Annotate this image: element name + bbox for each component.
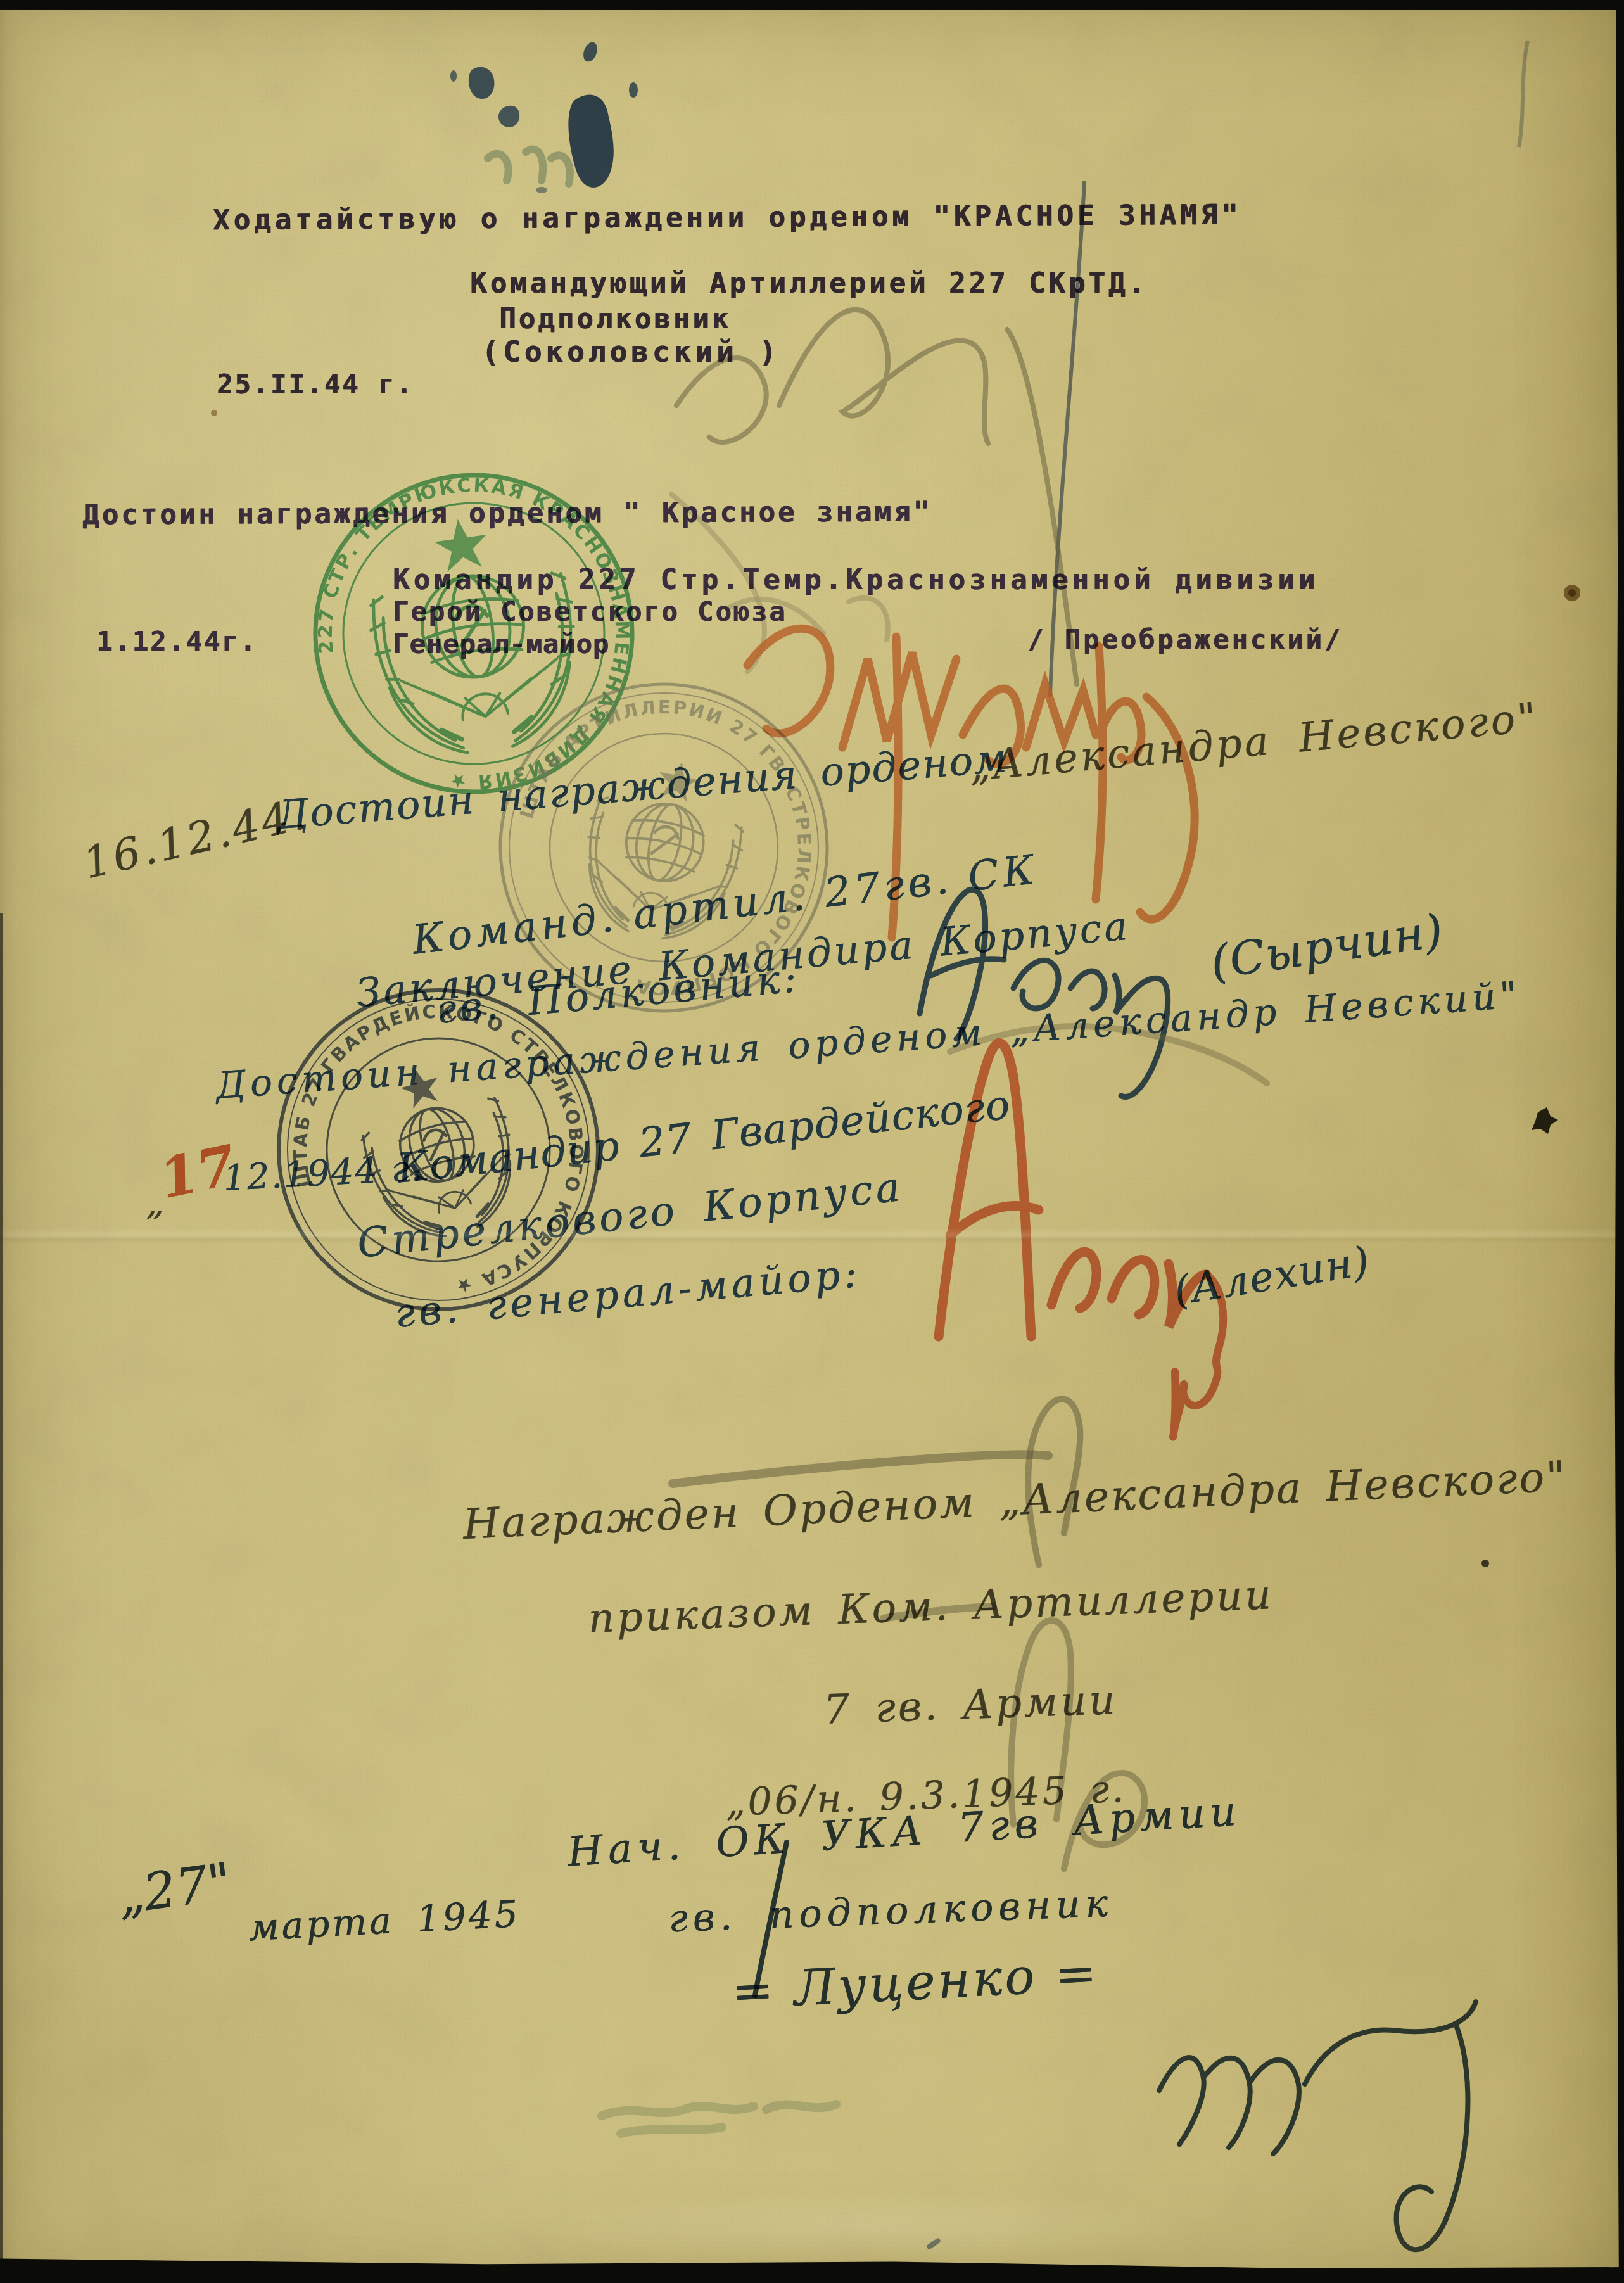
scan-edge-top [0,0,1624,10]
paper-mottle [0,0,1624,2283]
award-document-scan: 227 СТР. ТЕМРЮКСКАЯ КРАСНОЗНАМЕННАЯ ДИВИ… [0,0,1624,2283]
scan-edge-left [0,913,3,2283]
